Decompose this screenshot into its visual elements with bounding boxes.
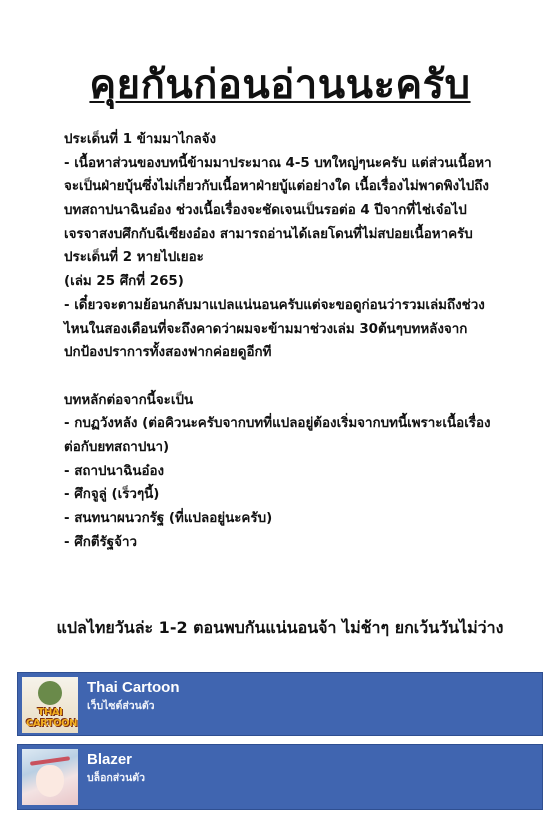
point-2-reference: (เล่ม 25 ศึกที่ 265) xyxy=(64,270,544,294)
next-arc-item: - ศึกตีรัฐจ้าว xyxy=(64,531,544,555)
next-arc-item: - สนทนาผนวกรัฐ (ที่แปลอยู่นะครับ) xyxy=(64,507,544,531)
banner-name: Blazer xyxy=(87,750,145,770)
point-1-text: บทสถาปนาฉินอ๋อง ช่วงเนื้อเรื่องจะชัดเจนเ… xyxy=(64,199,544,223)
logo-text: THAI CARTOON xyxy=(26,707,74,729)
banner-name: Thai Cartoon xyxy=(87,678,180,698)
point-1-text: จะเป็นฝ่ายบุ้นซึ่งไม่เกี่ยวกับเนื้อหาฝ่า… xyxy=(64,175,544,199)
blazer-banner[interactable]: Blazer บล็อกส่วนตัว xyxy=(17,744,543,810)
page-title: คุยกันก่อนอ่านนะครับ xyxy=(0,52,560,116)
point-2-text: ปกป้องปราการทั้งสองฟากค่อยดูอีกที xyxy=(64,341,544,365)
banner-subtitle: บล็อกส่วนตัว xyxy=(87,770,145,786)
next-arc-item: ต่อกับยทสถาปนา) xyxy=(64,436,544,460)
banner-text: Blazer บล็อกส่วนตัว xyxy=(78,745,145,786)
anime-face-icon xyxy=(36,765,64,797)
point-1-heading: ประเด็นที่ 1 ข้ามมาไกลจัง xyxy=(64,128,544,152)
spacer xyxy=(64,365,544,389)
point-2-text: ไหนในสองเดือนที่จะถึงคาดว่าผมจะข้ามมาช่ว… xyxy=(64,318,544,342)
blazer-avatar-icon xyxy=(22,749,78,805)
cartoon-characters-icon xyxy=(38,681,62,705)
banner-text: Thai Cartoon เว็บไซต์ส่วนตัว xyxy=(78,673,180,714)
page-title-text: คุยกันก่อนอ่านนะครับ xyxy=(89,62,470,108)
next-arc-item: - สถาปนาฉินอ๋อง xyxy=(64,460,544,484)
banner-subtitle: เว็บไซต์ส่วนตัว xyxy=(87,698,180,714)
notice-body: ประเด็นที่ 1 ข้ามมาไกลจัง - เนื้อหาส่วนข… xyxy=(64,128,544,554)
point-2-heading: ประเด็นที่ 2 หายไปเยอะ xyxy=(64,246,544,270)
point-1-text: - เนื้อหาส่วนของบทนี้ข้ามมาประมาณ 4-5 บท… xyxy=(64,152,544,176)
point-2-text: - เดี๋ยวจะตามย้อนกลับมาแปลแน่นอนครับแต่จ… xyxy=(64,294,544,318)
schedule-note: แปลไทยวันล่ะ 1-2 ตอนพบกันแน่นอนจ้า ไม่ช้… xyxy=(0,616,560,641)
next-arc-item: - ศึกจูลู่ (เร็วๆนี้) xyxy=(64,483,544,507)
next-arcs-heading: บทหลักต่อจากนี้จะเป็น xyxy=(64,389,544,413)
next-arc-item: - กบฏวังหลัง (ต่อคิวนะครับจากบทที่แปลอยู… xyxy=(64,412,544,436)
page: คุยกันก่อนอ่านนะครับ ประเด็นที่ 1 ข้ามมา… xyxy=(0,0,560,840)
point-1-text: เจรจาสงบศึกกับฉีเซียงอ๋อง สามารถอ่านได้เ… xyxy=(64,223,544,247)
thai-cartoon-logo-icon: THAI CARTOON xyxy=(22,677,78,733)
thai-cartoon-banner[interactable]: THAI CARTOON Thai Cartoon เว็บไซต์ส่วนตั… xyxy=(17,672,543,736)
